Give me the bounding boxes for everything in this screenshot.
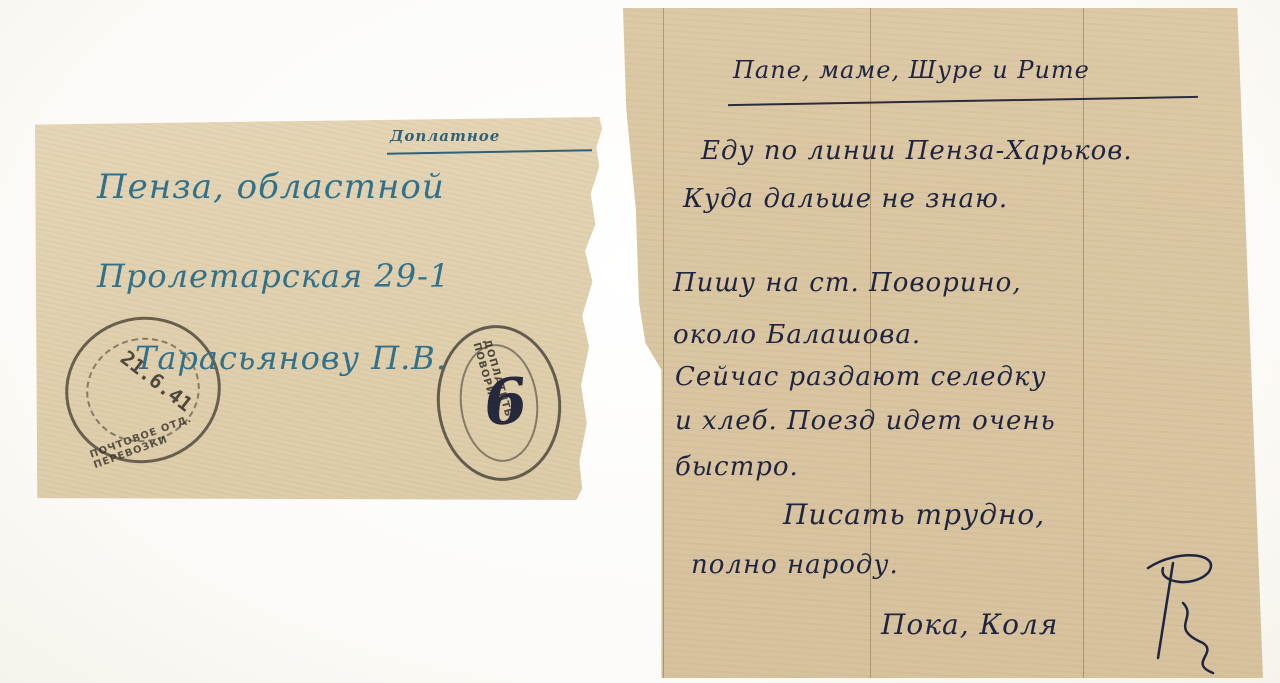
fold-line: [1083, 8, 1084, 678]
letter-line: Куда дальше не знаю.: [683, 184, 1008, 214]
envelope-recipient: Тарасьянову П.В.: [135, 339, 447, 377]
postmark-text: ПОЧТОВОЕ ОТД. ПЕРЕВОЗКИ: [89, 403, 228, 472]
letter-line: Еду по линии Пенза-Харьков.: [701, 136, 1133, 166]
letter-line: Писать трудно,: [783, 498, 1045, 531]
letter-sheet: Папе, маме, Шуре и Рите Еду по линии Пен…: [623, 8, 1263, 678]
signature-flourish-icon: [1128, 548, 1228, 678]
envelope-address-street: Пролетарская 29-1: [97, 257, 450, 295]
salutation-underline: [728, 96, 1198, 106]
note-underline: [387, 149, 592, 155]
letter-line: Пишу на ст. Поворино,: [673, 268, 1022, 298]
letter-salutation: Папе, маме, Шуре и Рите: [733, 56, 1090, 84]
letter-line: полно народу.: [691, 550, 899, 580]
letter-line: около Балашова.: [673, 320, 921, 350]
oval-stamp-text: ДОПЛАТИТЬ ПОВОРИНО: [470, 338, 524, 459]
letter-line: быстро.: [675, 452, 799, 482]
letter-line: Сейчас раздают селедку: [675, 362, 1047, 392]
letter-line: и хлеб. Поезд идет очень: [675, 406, 1056, 436]
envelope-postage-due-note: Доплатное: [390, 127, 500, 145]
letter-signoff: Пока, Коля: [881, 608, 1058, 641]
postmark-date: 21.6.41: [116, 346, 197, 417]
fold-line: [663, 8, 664, 678]
oval-postage-due-stamp: ДОПЛАТИТЬ ПОВОРИНО 6: [429, 319, 569, 487]
envelope-address-city: Пенза, областной: [97, 167, 445, 207]
round-postmark: 21.6.41 ПОЧТОВОЕ ОТД. ПЕРЕВОЗКИ: [52, 302, 235, 477]
envelope: Доплатное Пенза, областной Пролетарская …: [35, 117, 605, 500]
due-mark: 6: [480, 363, 531, 440]
